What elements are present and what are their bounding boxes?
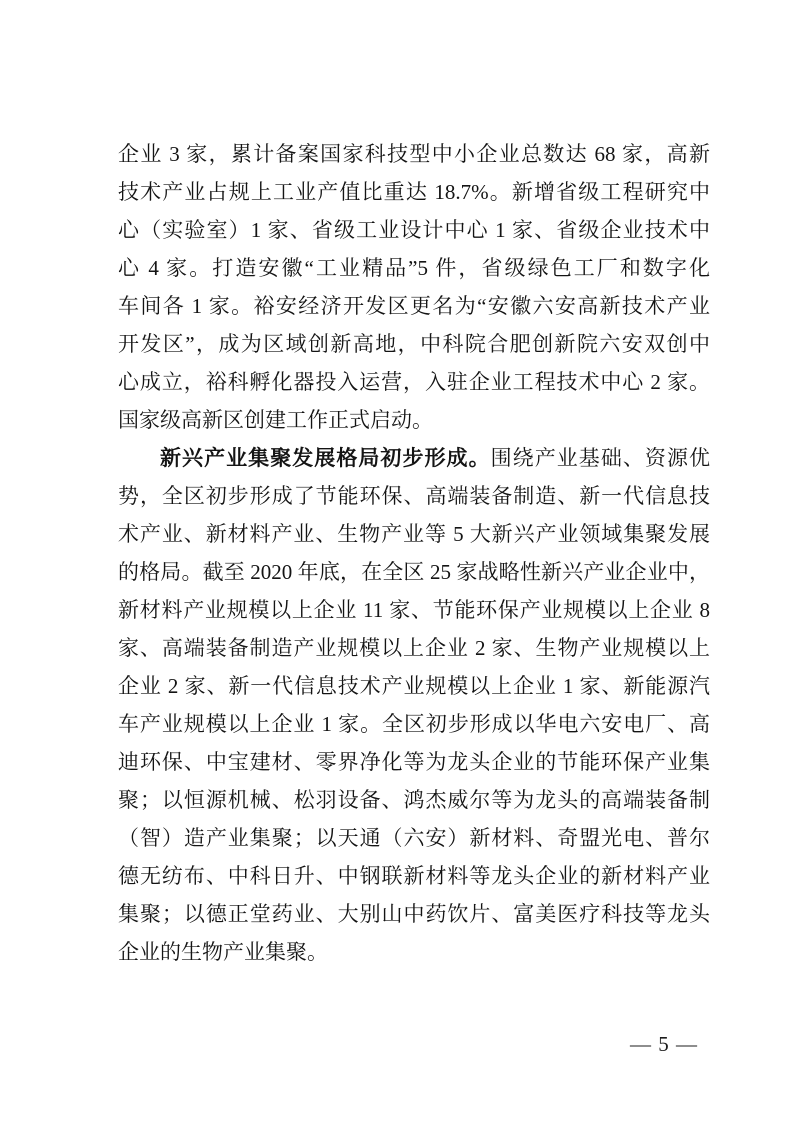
text-line: 企业 3 家，累计备案国家科技型中小企业总数达 68 家，高新 — [118, 135, 710, 173]
paragraph: 新兴产业集聚发展格局初步形成。围绕产业基础、资源优 势，全区初步形成了节能环保、… — [118, 439, 710, 971]
page-number: — 5 — — [630, 1030, 698, 1058]
document-page: 企业 3 家，累计备案国家科技型中小企业总数达 68 家，高新 技术产业占规上工… — [0, 0, 793, 1122]
text-line: 德无纺布、中科日升、中钢联新材料等龙头企业的新材料产业 — [118, 857, 710, 895]
text-line: 车间各 1 家。裕安经济开发区更名为“安徽六安高新技术产业 — [118, 287, 710, 325]
text-line: 心 4 家。打造安徽“工业精品”5 件，省级绿色工厂和数字化 — [118, 249, 710, 287]
text-line: 家、高端装备制造产业规模以上企业 2 家、生物产业规模以上 — [118, 629, 710, 667]
text-line: 的格局。截至 2020 年底，在全区 25 家战略性新兴产业企业中， — [118, 553, 710, 591]
text-line: 心成立，裕科孵化器投入运营，入驻企业工程技术中心 2 家。 — [118, 363, 710, 401]
text-line: 开发区”，成为区域创新高地，中科院合肥创新院六安双创中 — [118, 325, 710, 363]
text-line: 集聚；以德正堂药业、大别山中药饮片、富美医疗科技等龙头 — [118, 895, 710, 933]
text-line: 企业的生物产业集聚。 — [118, 933, 710, 971]
text-line: 国家级高新区创建工作正式启动。 — [118, 401, 710, 439]
text-line: 新材料产业规模以上企业 11 家、节能环保产业规模以上企业 8 — [118, 591, 710, 629]
text-line: 车产业规模以上企业 1 家。全区初步形成以华电六安电厂、高 — [118, 705, 710, 743]
paragraph: 企业 3 家，累计备案国家科技型中小企业总数达 68 家，高新 技术产业占规上工… — [118, 135, 710, 439]
paragraph-lead-bold: 新兴产业集聚发展格局初步形成。 — [160, 447, 491, 470]
text-line: 心（实验室）1 家、省级工业设计中心 1 家、省级企业技术中 — [118, 211, 710, 249]
page-body-text: 企业 3 家，累计备案国家科技型中小企业总数达 68 家，高新 技术产业占规上工… — [118, 135, 710, 971]
text-line: 迪环保、中宝建材、零界净化等为龙头企业的节能环保产业集 — [118, 743, 710, 781]
text-line: 技术产业占规上工业产值比重达 18.7%。新增省级工程研究中 — [118, 173, 710, 211]
text-line-tail: 围绕产业基础、资源优 — [491, 446, 710, 470]
text-line: 企业 2 家、新一代信息技术产业规模以上企业 1 家、新能源汽 — [118, 667, 710, 705]
text-line: 势，全区初步形成了节能环保、高端装备制造、新一代信息技 — [118, 477, 710, 515]
text-line: 新兴产业集聚发展格局初步形成。围绕产业基础、资源优 — [118, 439, 710, 477]
text-line: 术产业、新材料产业、生物产业等 5 大新兴产业领域集聚发展 — [118, 515, 710, 553]
text-line: 聚；以恒源机械、松羽设备、鸿杰威尔等为龙头的高端装备制 — [118, 781, 710, 819]
text-line: （智）造产业集聚；以天通（六安）新材料、奇盟光电、普尔 — [118, 819, 710, 857]
